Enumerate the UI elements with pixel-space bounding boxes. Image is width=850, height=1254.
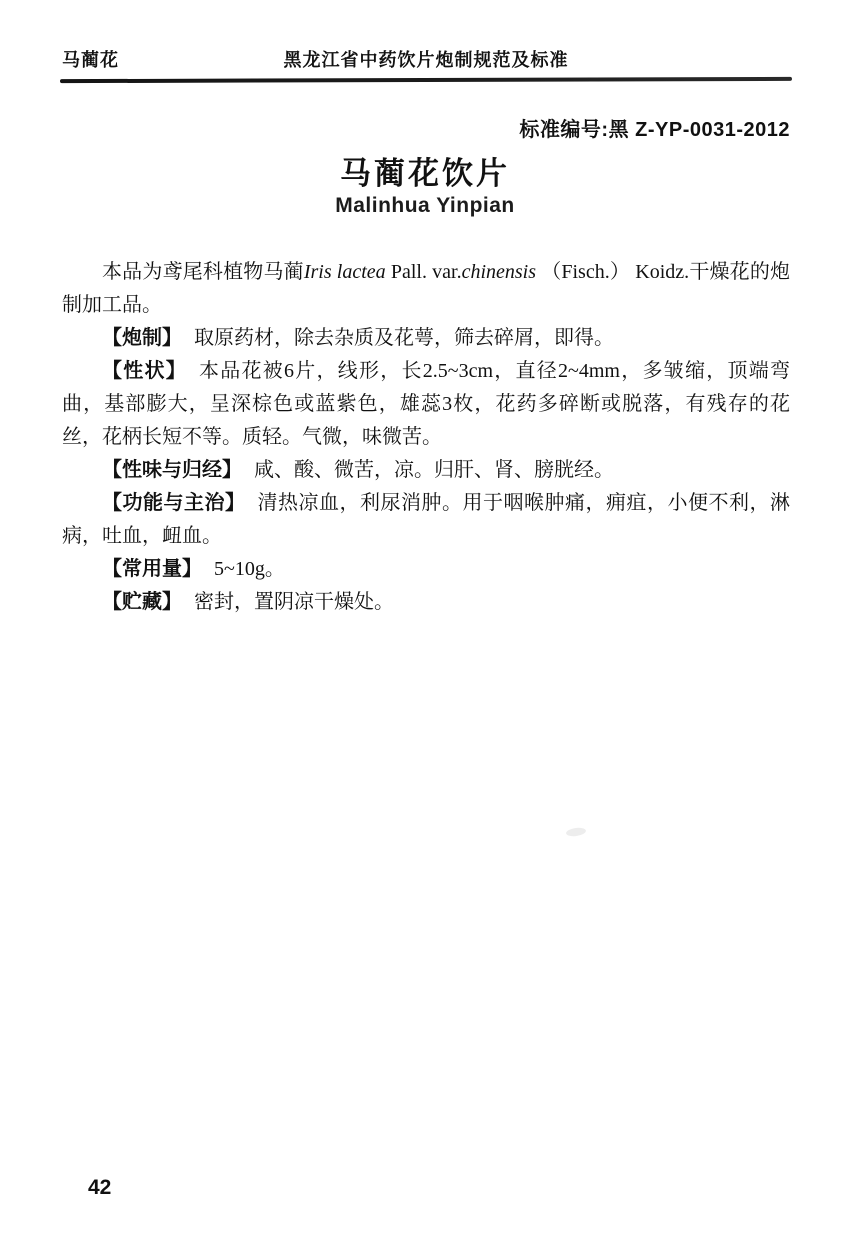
latin-name: chinensis bbox=[462, 261, 536, 283]
page-title: 马蔺花饮片 bbox=[0, 148, 850, 193]
entry-zhucang: 【贮藏】密封，置阴凉干燥处。 bbox=[62, 586, 790, 619]
running-header: 马蔺花 黑龙江省中药饮片炮制规范及标准 bbox=[62, 44, 790, 74]
entry-text: 密封，置阴凉干燥处。 bbox=[194, 591, 394, 613]
entry-text: 取原药材，除去杂质及花萼，筛去碎屑，即得。 bbox=[194, 327, 614, 349]
entry-label: 【功能与主治】 bbox=[102, 492, 258, 514]
header-book-title: 黑龙江省中药饮片炮制规范及标准 bbox=[62, 46, 790, 72]
entry-xingzhuang: 【性状】本品花被6片，线形，长2.5~3cm，直径2~4mm，多皱缩，顶端弯曲，… bbox=[62, 355, 790, 454]
entry-xingwei-guijing: 【性味与归经】咸、酸、微苦，凉。归肝、肾、膀胱经。 bbox=[62, 454, 790, 487]
entry-gongneng-zhuzhi: 【功能与主治】清热凉血，利尿消肿。用于咽喉肿痛，痈疽，小便不利，淋病，吐血，衄血… bbox=[62, 487, 790, 553]
entry-text: 咸、酸、微苦，凉。归肝、肾、膀胱经。 bbox=[254, 459, 614, 481]
entry-label: 【性味与归经】 bbox=[102, 459, 254, 481]
standard-number: 标准编号:黑 Z-YP-0031-2012 bbox=[62, 113, 790, 142]
page-number: 42 bbox=[88, 1176, 111, 1200]
header-rule bbox=[60, 77, 792, 83]
entry-changyongliang: 【常用量】5~10g。 bbox=[62, 553, 790, 586]
intro-text: Pall. var. bbox=[386, 261, 462, 283]
intro-text: 本品为鸢尾科植物马蔺 bbox=[102, 261, 304, 283]
entry-label: 【性状】 bbox=[102, 360, 199, 382]
latin-name: Iris lactea bbox=[304, 261, 386, 283]
intro-paragraph: 本品为鸢尾科植物马蔺Iris lactea Pall. var.chinensi… bbox=[62, 256, 790, 322]
entry-label: 【炮制】 bbox=[102, 327, 194, 349]
document-page: 马蔺花 黑龙江省中药饮片炮制规范及标准 标准编号:黑 Z-YP-0031-201… bbox=[0, 0, 850, 1254]
entry-paozhi: 【炮制】取原药材，除去杂质及花萼，筛去碎屑，即得。 bbox=[62, 322, 790, 355]
entry-label: 【贮藏】 bbox=[102, 591, 194, 613]
scan-artifact bbox=[566, 827, 587, 838]
entry-text: 5~10g。 bbox=[214, 558, 285, 580]
page-title-pinyin: Malinhua Yinpian bbox=[0, 194, 850, 218]
body-text: 本品为鸢尾科植物马蔺Iris lactea Pall. var.chinensi… bbox=[62, 256, 790, 619]
entry-label: 【常用量】 bbox=[102, 558, 214, 580]
